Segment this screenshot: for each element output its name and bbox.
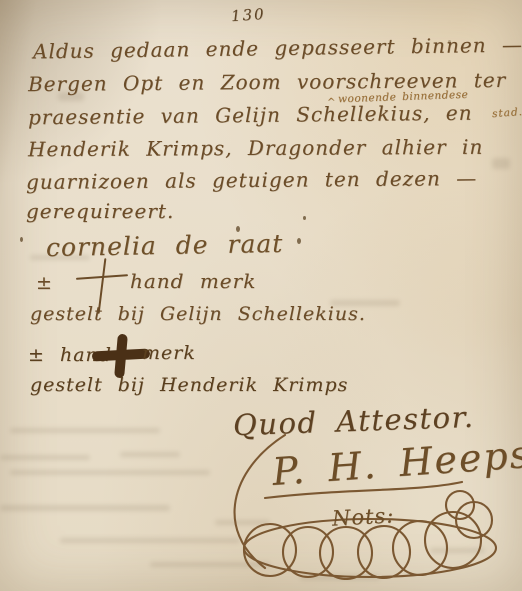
ink-bleedthrough — [10, 428, 160, 433]
ink-speck — [303, 216, 306, 220]
flourish-loop — [446, 491, 474, 519]
handmark1-label: hand merk — [130, 269, 256, 293]
flourish-loop — [425, 512, 481, 568]
notary-title: Nots: — [331, 503, 394, 530]
handmark1-prefix: ± — [36, 272, 53, 294]
flourish-loop — [358, 526, 410, 578]
ink-speck — [297, 238, 301, 244]
manuscript-line-3: praesentie van Gelijn Schellekius, en — [28, 101, 473, 130]
manuscript-line-6: gerequireert. — [26, 199, 174, 223]
manuscript-line-1: Aldus gedaan ende gepasseert binnen — — [33, 33, 522, 64]
ink-speck — [20, 237, 23, 242]
ink-bleedthrough — [120, 452, 180, 457]
page-number: 130 — [230, 5, 266, 25]
ink-bleedthrough — [10, 470, 210, 475]
manuscript-page: 130 Aldus gedaan ende gepasseert binnen … — [0, 0, 522, 591]
flourish-loop — [393, 521, 447, 575]
handmark1-attribution: gestelt bij Gelijn Schellekius. — [30, 303, 366, 325]
handmark2-label: merk — [142, 342, 196, 364]
insertion-caret: ^ — [327, 97, 336, 108]
manuscript-line-4: Henderik Krimps, Dragonder alhier in — [28, 135, 483, 161]
insertion-text-line-2: stad. — [492, 106, 522, 120]
handmark2-attribution: gestelt bij Henderik Krimps — [30, 374, 348, 396]
ink-bleedthrough — [0, 505, 170, 511]
ink-bleedthrough — [0, 455, 90, 460]
manuscript-line-5: guarnizoen als getuigen ten dezen — — [26, 166, 477, 194]
ink-bleedthrough — [492, 158, 510, 169]
